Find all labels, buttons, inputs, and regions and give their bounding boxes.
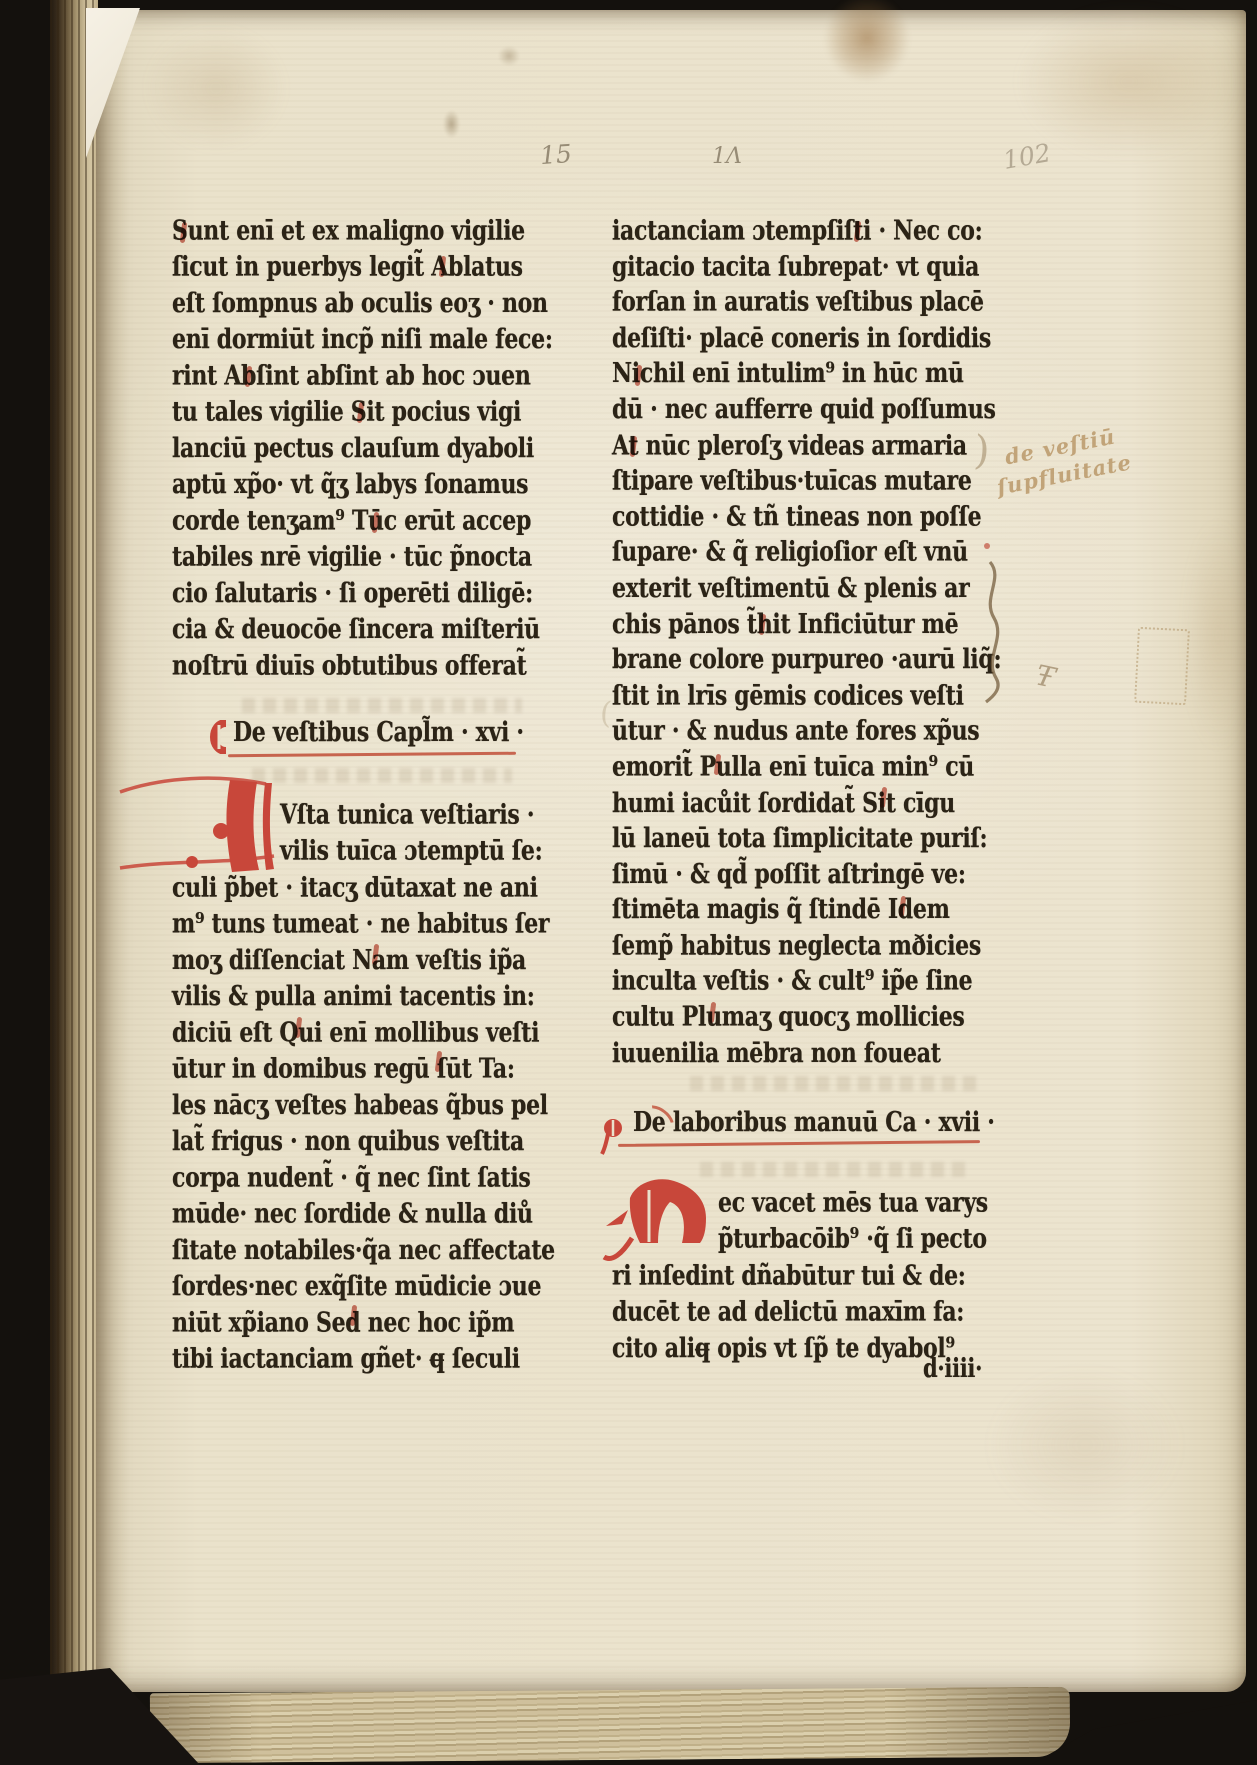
text-line: tabiles nrē vigilie · tūc p̃nocta: [172, 539, 553, 575]
pencil-mark-top-left: 15: [539, 139, 573, 170]
text-line: humi iacůit ſordidat̃ Sit cīgu: [612, 785, 1001, 821]
margin-paren-mark: ): [972, 428, 991, 475]
rubricated-initial-I: I: [118, 770, 286, 886]
text-line: cottidie · & tñ tineas non poſſe: [612, 499, 1001, 535]
text-line: aptū xp̃o· vt q̃ʒ labys ſonamus: [172, 467, 553, 503]
text-line: ri inſedint dñabūtur tui & de:: [612, 1258, 966, 1294]
text-line: p̃turbacōib⁹ ·q̃ ſi pecto: [718, 1221, 988, 1257]
left-column-paragraph-2-indented: Vſta tunica veſtiaris ·vilis tuīca ɔtemp…: [280, 797, 542, 870]
text-line: chis pānos t̃hit Inficiūtur mē: [612, 606, 1001, 642]
text-line: rint Abſint abſint ab hoc ɔuen: [172, 358, 553, 394]
right-column-paragraph-1: iactanciam ɔtempſiſti · Nec co:gitacio t…: [612, 213, 1001, 1071]
left-column-paragraph-2: culi p̃bet · itacʒ dūtaxat ne anim⁹ tuns…: [172, 870, 555, 1378]
right-column-paragraph-2: ri inſedint dñabūtur tui & de:ducēt te a…: [612, 1258, 966, 1367]
text-line: noſtrū diuīs obtutibus offerat̃: [172, 648, 553, 684]
text-line: diciū eſt Qui enī mollibus veſti: [172, 1015, 555, 1051]
text-line: culi p̃bet · itacʒ dūtaxat ne ani: [172, 870, 555, 906]
text-line: gitacio tacita ſubrepat· vt quia: [612, 249, 1001, 285]
margin-paren-mark: (: [599, 696, 613, 732]
text-line: cultu Plumaʒ quocʒ mollicies: [612, 999, 1001, 1035]
text-line: inculta veſtis · & cult⁹ ip̃e ſine: [612, 964, 1001, 1000]
text-line: ſtipare veſtibus·tuīcas mutare: [612, 463, 1001, 499]
text-line: dū · nec aufferre quid poſſumus: [612, 392, 1001, 428]
book-fore-edge-stack: [150, 1687, 1070, 1763]
text-line: deſiſti· placē coneris in ſordidis: [612, 320, 1001, 356]
margin-brace-mark: [978, 560, 1014, 705]
red-speck: [984, 543, 990, 549]
text-line: cio ſalutaris · ſi operēti diligē:: [172, 576, 553, 612]
text-line: moʒ diſſenciat Nam veſtis ip̃a: [172, 943, 555, 979]
text-line: mūde· nec ſordide & nulla diů: [172, 1196, 555, 1232]
text-line: vilis & pulla animi tacentis in:: [172, 979, 555, 1015]
left-column-paragraph-1: Sunt enī et ex maligno vigilieſicut in p…: [172, 213, 553, 684]
text-line: emorit̃ Pulla enī tuīca min⁹ cū: [612, 749, 1001, 785]
text-line: corde tenʒam⁹ Tūc erūt accep: [172, 503, 553, 539]
pilcrow-icon: [204, 720, 230, 754]
pencil-mark-top-center: 1Λ: [712, 144, 742, 169]
text-line: ſordes·nec exq̃ſite mūdicie ɔue: [172, 1269, 555, 1305]
text-line: niūt xp̃iano Sed nec hoc ip̃m: [172, 1305, 555, 1341]
text-line: At nūc pleroſʒ videas armaria: [612, 427, 1001, 463]
chapter-heading-de-laboribus: De laboribus manuū Ca · xvii ·: [633, 1106, 995, 1139]
text-line: enī dormiūt incp̃ niſi male fece:: [172, 322, 553, 358]
text-line: Vſta tunica veſtiaris ·: [280, 797, 542, 833]
text-line: les nācʒ veſtes habeas q̃bus pel: [172, 1088, 555, 1124]
book-photo: 15 1Λ 102 Sunt enī et ex maligno vigilie…: [0, 0, 1257, 1765]
text-line: ec vacet mēs tua varys: [718, 1185, 988, 1221]
text-line: cito aliq̶ opis vt ſp̃ te dyabol⁹: [612, 1331, 966, 1367]
text-line: ducēt te ad delictū maxīm fa:: [612, 1294, 966, 1330]
text-line: iuuenilia mēbra non foueat: [612, 1035, 1001, 1071]
text-line: Sunt enī et ex maligno vigilie: [172, 213, 553, 249]
quire-signature-mark: d·iiii·: [923, 1352, 982, 1383]
text-line: corpa nudent̃ · q̃ nec ſint ſatis: [172, 1160, 555, 1196]
text-line: lū laneū tota ſimplicitate puriſ:: [612, 821, 1001, 857]
text-line: ūtur in domibus regū ſūt Ta:: [172, 1051, 555, 1087]
pilcrow-icon: [600, 1116, 624, 1156]
text-line: vilis tuīca ɔtemptū ſe:: [280, 833, 542, 869]
text-line: ſicut in puerbys legit̃ Ablatus: [172, 249, 553, 285]
text-line: ſitate notabiles·q̃a nec affectate: [172, 1233, 555, 1269]
text-line: cia & deuocōe ſincera miſteriū: [172, 612, 553, 648]
text-line: iactanciam ɔtempſiſti · Nec co:: [612, 213, 1001, 249]
text-line: m⁹ tuns tumeat · ne habitus ſer: [172, 906, 555, 942]
text-line: brane colore purpureo ·aurū liq̃:: [612, 642, 1001, 678]
text-line: Nichil enī intulim⁹ in hūc mū: [612, 356, 1001, 392]
book-gutter-page-edges: [50, 0, 98, 1716]
text-line: tibi iactanciam gñet· q̶ ſeculi: [172, 1341, 555, 1377]
text-line: lanciū pectus clauſum dyaboli: [172, 431, 553, 467]
text-line: lat̃ frigus · non quibus veſtita: [172, 1124, 555, 1160]
text-line: ſemp̃ habitus neglecta mðicies: [612, 928, 1001, 964]
text-line: ſtimēta magis q̃ ſtindē Idem: [612, 892, 1001, 928]
right-column-paragraph-2-indented: ec vacet mēs tua varysp̃turbacōib⁹ ·q̃ ſ…: [718, 1185, 988, 1258]
text-line: eſt ſompnus ab oculis eoʒ · non: [172, 286, 553, 322]
faint-stamp-outline: [1134, 627, 1190, 706]
text-line: forſan in auratis veſtibus placē: [612, 284, 1001, 320]
text-line: ūtur · & nudus ante fores xp̃us: [612, 713, 1001, 749]
text-line: ſtit in lrīs gēmis codices veſti: [612, 678, 1001, 714]
chapter-heading-de-vestibus: De veſtibus Capl̃m · xvi ·: [233, 716, 524, 749]
text-line: ſimū · & qd̃ poſſit aſtringē ve:: [612, 856, 1001, 892]
text-line: ſupare· & q̃ religioſior eſt vnū: [612, 535, 1001, 571]
text-line: exterit veſtimentū & plenis ar: [612, 570, 1001, 606]
